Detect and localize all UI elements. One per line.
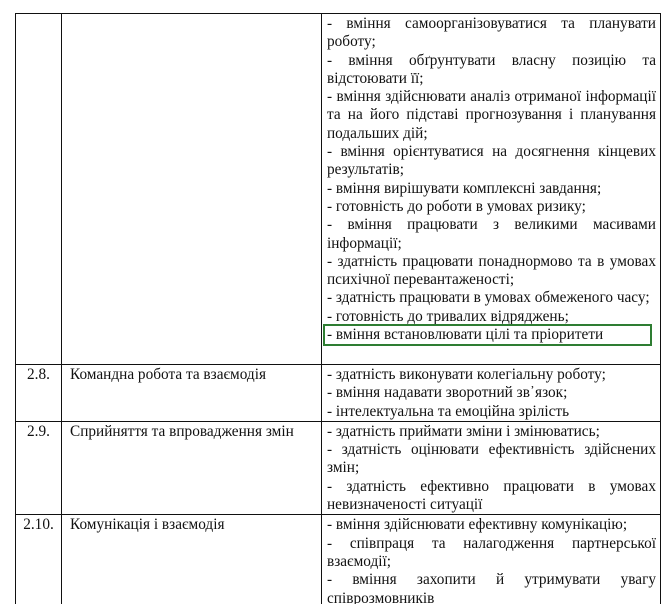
competency-name: Командна робота та взаємодія [62,365,322,422]
skill-item: - вміння обґрунтувати власну позицію та … [327,52,656,89]
table-row: 2.9. Сприйняття та впровадження змін - з… [16,421,661,514]
skill-item: - вміння самоорганізовуватися та планува… [327,15,656,52]
skill-item: - готовність до роботи в умовах ризику; [327,198,656,216]
skills-cell: - здатність виконувати колегіальну робот… [322,365,661,422]
skill-item: - вміння орієнтуватися на досягнення кін… [327,143,656,180]
skill-item: - вміння працювати з великими масивами і… [327,216,656,253]
table-row: 2.10. Комунікація і взаємодія - вміння з… [16,515,661,604]
skill-item: - здатність виконувати колегіальну робот… [327,366,656,384]
skill-item: - співпраця та налагодження партнерської… [327,535,656,572]
skill-item: - вміння вирішувати комплексні завдання; [327,180,656,198]
skills-cell: - здатність приймати зміни і змінюватись… [322,421,661,514]
row-number: 2.8. [16,365,62,422]
skill-item: - інтелектуальна та емоційна зрілість [327,403,656,421]
highlighted-skill-item[interactable]: - вміння встановлювати цілі та пріоритет… [325,326,650,344]
skill-item: - готовність до тривалих відряджень; [327,308,656,326]
skill-item: - здатність оцінювати ефективність здійс… [327,441,656,478]
skill-item: - здатність ефективно працювати в умовах… [327,478,656,515]
row-number [16,14,62,365]
competency-name: Сприйняття та впровадження змін [62,421,322,514]
table-row: - вміння самоорганізовуватися та планува… [16,14,661,365]
skill-item: - здатність працювати в умовах обмеженог… [327,289,656,307]
row-number: 2.10. [16,515,62,604]
competency-table: - вміння самоорганізовуватися та планува… [15,13,661,604]
competency-name [62,14,322,365]
skills-cell: - вміння здійснювати ефективну комунікац… [322,515,661,604]
skill-item: - вміння здійснювати ефективну комунікац… [327,516,656,534]
skills-cell: - вміння самоорганізовуватися та планува… [322,14,661,365]
skill-item: - вміння захопити й утримувати увагу спі… [327,571,656,604]
skill-item: - здатність працювати понаднормово та в … [327,253,656,290]
competency-name: Комунікація і взаємодія [62,515,322,604]
table-row: 2.8. Командна робота та взаємодія - здат… [16,365,661,422]
skill-item: - вміння здійснювати аналіз отриманої ін… [327,88,656,143]
skill-item: - здатність приймати зміни і змінюватись… [327,423,656,441]
skill-item: - вміння надавати зворотний зв᾽язок; [327,384,656,402]
row-number: 2.9. [16,421,62,514]
